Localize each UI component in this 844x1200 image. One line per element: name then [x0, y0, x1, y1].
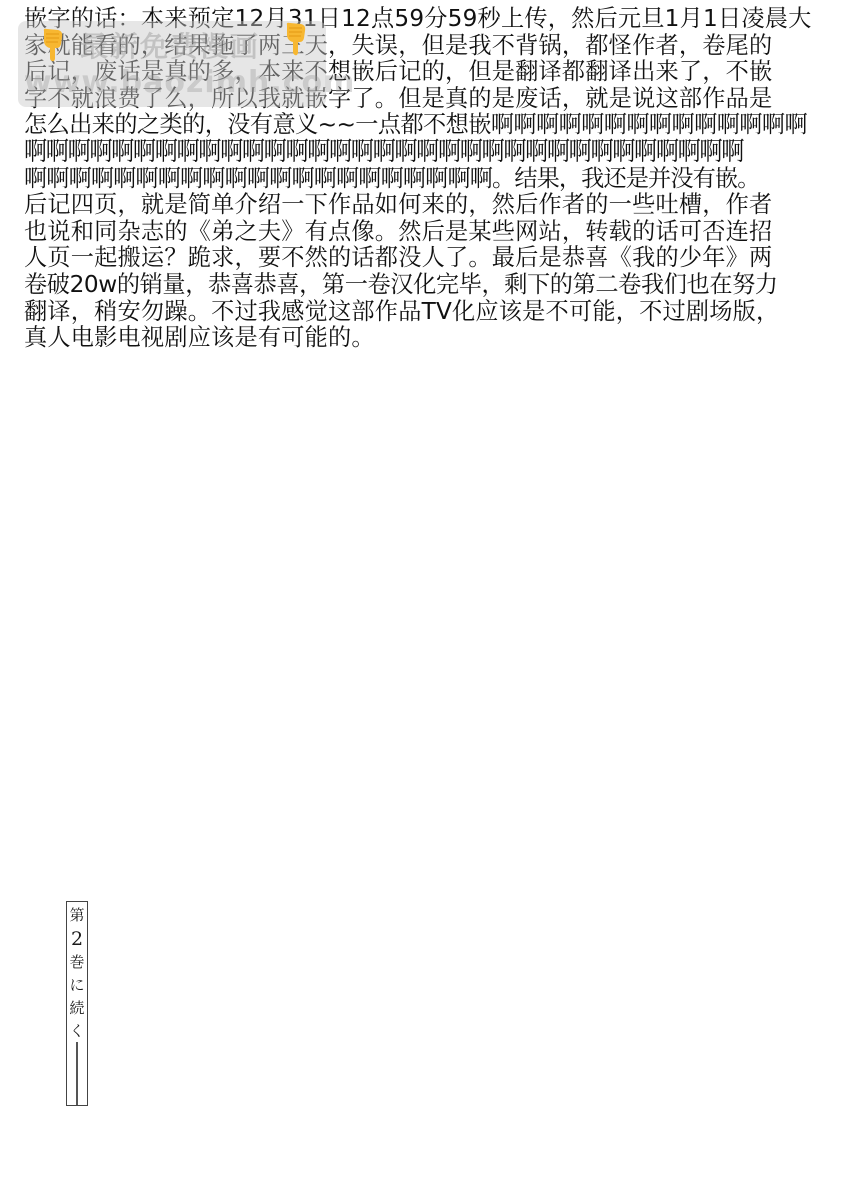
tag-char: 巻 [67, 951, 87, 974]
watermark-url: www.baozimh.com [24, 65, 355, 100]
tag-char: 2 [67, 927, 87, 951]
afterword-line: 真人电影电视剧应该是有可能的。 [24, 325, 814, 352]
pointing-down-hand-icon [40, 28, 66, 62]
tag-char: 第 [67, 904, 87, 927]
afterword-line: 啊啊啊啊啊啊啊啊啊啊啊啊啊啊啊啊啊啊啊啊啊啊啊啊啊啊啊啊啊啊啊啊啊 [24, 137, 814, 167]
afterword-line: 后记四页，就是简单介绍一下作品如何来的，然后作者的一些吐槽，作者 [24, 192, 814, 219]
tag-divider-line [76, 1042, 78, 1105]
afterword-line: 也说和同杂志的《弟之夫》有点像。然后是某些网站，转载的话可否连招 [24, 219, 814, 246]
pointing-down-hand-icon [283, 22, 309, 56]
afterword-line: 卷破20w的销量，恭喜恭喜，第一卷汉化完毕，剩下的第二卷我们也在努力 [24, 272, 814, 299]
vertical-text: 第 2 巻 に 続 く [67, 904, 87, 1043]
tag-char: に [67, 974, 87, 997]
afterword-line: 啊啊啊啊啊啊啊啊啊啊啊啊啊啊啊啊啊啊啊啊啊。结果，我还是并没有嵌。 [24, 166, 814, 193]
manga-page: 嵌字的话：本来预定12月31日12点59分59秒上传，然后元旦1月1日凌晨大 家… [0, 0, 844, 1200]
afterword-line: 翻译，稍安勿躁。不过我感觉这部作品TV化应该是不可能，不过剧场版， [24, 299, 814, 326]
tag-char: 続 [67, 997, 87, 1020]
afterword-line: 怎么出来的之类的，没有意义~~一点都不想嵌啊啊啊啊啊啊啊啊啊啊啊啊啊啊 [24, 112, 814, 139]
watermark-title: 最新免费漫画 [80, 25, 260, 65]
tag-char: く [67, 1020, 87, 1043]
to-be-continued-tag: 第 2 巻 に 続 く [66, 901, 88, 1106]
afterword-line: 人页一起搬运？跪求，要不然的话都没人了。最后是恭喜《我的少年》两 [24, 245, 814, 272]
